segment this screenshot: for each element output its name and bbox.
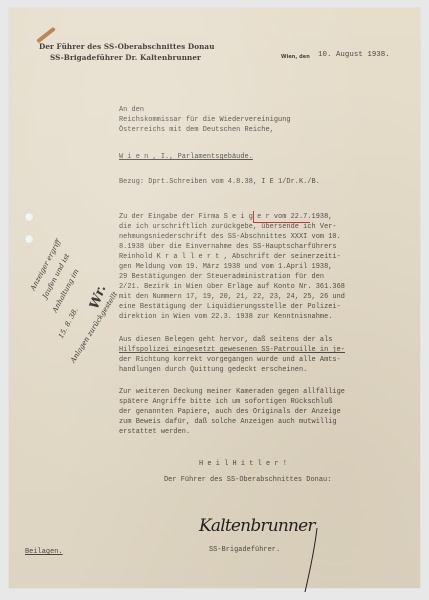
rust-stain (36, 27, 56, 44)
para2-line: Aus diesen Belegen geht hervor, daß seit… (119, 336, 332, 344)
para2-line: handlungen durch Quittung gedeckt ersche… (119, 366, 307, 374)
signature: Kaltenbrunner (199, 516, 315, 536)
para2-line: Hilfspolizei eingesetzt gewesenen SS-Pat… (119, 346, 345, 354)
para3-line: der genannten Papiere, auch des Original… (119, 408, 341, 416)
letterhead-line-2: SS-Brigadeführer Dr. Kaltenbrunner (50, 53, 201, 62)
punch-hole-top (24, 212, 34, 222)
para2-line: der Richtung korrekt vorgegangen wurde u… (119, 356, 341, 364)
closing-title: Der Führer des SS-Oberabschnittes Donau: (164, 476, 331, 484)
para1-line: direktion in Wien vom 22.3. 1938 zur Ken… (119, 313, 332, 321)
recipient-line-1: An den (119, 106, 144, 114)
para1-line: nehmungsniederschrift des SS-Abschnittes… (119, 233, 341, 241)
signature-stroke (299, 526, 329, 596)
closing-rank: SS-Brigadeführer. (209, 546, 280, 554)
letter-page: Der Führer des SS-Oberabschnittes Donau … (9, 8, 420, 588)
para3-line: zum Beweis dafür, daß solche Anzeigen au… (119, 418, 337, 426)
place-label: Wien, den (281, 54, 310, 60)
recipient-line-3: Österreichs mit dem Deutschen Reiche, (119, 126, 274, 134)
marginalia-line: 15. 8. 38. (57, 307, 80, 340)
para1-line: eine Bestätigung der Liquidierungsstelle… (119, 303, 341, 311)
red-pencil-underline (253, 211, 310, 223)
para3-line: Zur weiteren Deckung meiner Kameraden ge… (119, 388, 345, 396)
para1-line: Reinhold K r a l l e r t , Abschrift der… (119, 253, 341, 261)
recipient-line-2: Reichskommissar für die Wiedervereinigun… (119, 116, 291, 124)
para1-line: 8.1938 über die Einvernahme des SS-Haupt… (119, 243, 337, 251)
para1-line: die ich urschriftlich zurückgebe, überse… (119, 223, 337, 231)
punch-hole-bottom (24, 234, 34, 244)
para1-line: 2/21. Bezirk in Wien über Erläge auf Kon… (119, 283, 345, 291)
para3-line: spätere Angriffe bitte ich um sofortigen… (119, 398, 332, 406)
letter-date: 10. August 1938. (318, 51, 390, 59)
para3-line: erstattet werden. (119, 428, 190, 436)
para1-line: gen Meldung vom 19. März 1938 und vom 1.… (119, 263, 332, 271)
para1-line: 29 Bestätigungen der Steueradministratio… (119, 273, 324, 281)
reference-line: Bezug: Dprt.Schreiben vom 4.8.38, I E 1/… (119, 178, 320, 186)
letterhead-line-1: Der Führer des SS-Oberabschnittes Donau (39, 42, 215, 51)
closing-salute: H e i l H i t l e r ! (199, 460, 287, 468)
enclosures-label: Beilagen. (25, 548, 63, 556)
handwritten-marginalia: Anzeiger ergriff Jaufen und ist Anhaltun… (29, 248, 109, 378)
para1-line: mit den Nummern 17, 19, 20, 21, 22, 23, … (119, 293, 345, 301)
recipient-address: W i e n , I., Parlamentsgebäude. (119, 153, 253, 161)
